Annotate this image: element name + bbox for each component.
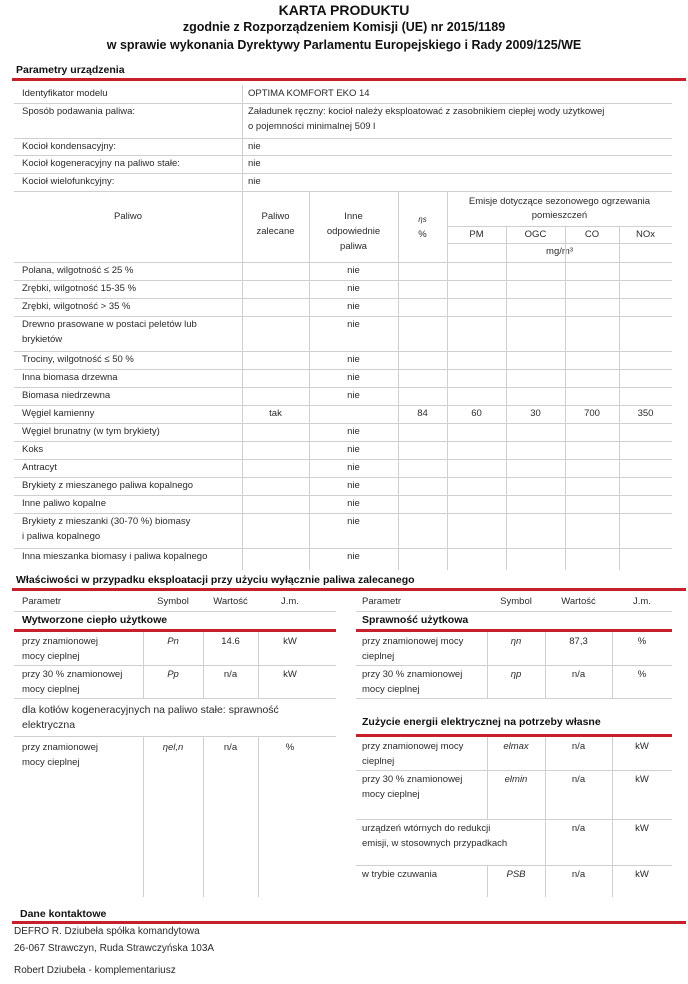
fuel-name-line2: brykietów — [22, 333, 62, 347]
fuel-name-line2: i paliwa kopalnego — [22, 530, 100, 544]
grid-line — [14, 351, 672, 352]
grid-line — [258, 737, 259, 897]
fuel-other: nie — [309, 443, 398, 457]
grid-line — [143, 632, 144, 698]
document-subtitle-regulation: zgodnie z Rozporządzeniem Komisji (UE) n… — [0, 20, 688, 34]
grid-line — [545, 737, 546, 897]
grid-line — [14, 405, 672, 406]
col-header-eta: ηs — [398, 213, 447, 227]
fuel-other: nie — [309, 282, 398, 296]
property-value: 87,3 — [545, 635, 612, 649]
col-header-fuel: Paliwo — [14, 210, 242, 224]
fuel-name: Węgiel kamienny — [22, 407, 94, 421]
property-symbol: elmin — [487, 773, 545, 787]
property-unit: kW — [258, 668, 322, 682]
grid-line — [619, 243, 620, 570]
section-title-contact: Dane kontaktowe — [20, 908, 106, 920]
param-label: Kocioł kondensacyjny: — [22, 140, 116, 154]
grid-line — [14, 441, 672, 442]
grid-line — [14, 477, 672, 478]
col-header-other: paliwa — [309, 240, 398, 254]
param-value-line2: o pojemności minimalnej 509 l — [248, 120, 375, 134]
col-header-param: Parametr — [362, 595, 401, 609]
grid-line — [14, 280, 672, 281]
col-header-value: Wartość — [203, 595, 258, 609]
grid-line — [447, 226, 672, 227]
fuel-name: Brykiety z mieszanego paliwa kopalnego — [22, 479, 193, 493]
property-param: przy znamionowej — [22, 635, 98, 649]
property-symbol: PSB — [487, 868, 545, 882]
property-param: urządzeń wtórnych do redukcji — [362, 822, 490, 836]
col-header-preferred: zalecane — [242, 225, 309, 239]
property-param-line2: mocy cieplnej — [22, 650, 80, 664]
grid-line — [242, 191, 243, 570]
property-unit: kW — [612, 822, 672, 836]
property-param: przy 30 % znamionowej — [22, 668, 122, 682]
fuel-preferred: tak — [242, 407, 309, 421]
subsection-title-electricity: Zużycie energii elektrycznej na potrzeby… — [362, 716, 601, 728]
fuel-other: nie — [309, 479, 398, 493]
fuel-other: nie — [309, 353, 398, 367]
grid-line — [14, 513, 672, 514]
property-unit: kW — [612, 773, 672, 787]
property-param-line2: mocy cieplnej — [362, 788, 420, 802]
fuel-other: nie — [309, 550, 398, 564]
property-unit: kW — [258, 635, 322, 649]
col-header-other: odpowiednie — [309, 225, 398, 239]
fuel-ogc: 30 — [506, 407, 565, 421]
fuel-other: nie — [309, 318, 398, 332]
property-param-line2: mocy cieplnej — [362, 683, 420, 697]
col-header-symbol: Symbol — [487, 595, 545, 609]
grid-line — [356, 819, 672, 820]
grid-line — [14, 298, 672, 299]
param-label: Sposób podawania paliwa: — [22, 105, 135, 119]
grid-line — [258, 632, 259, 698]
param-label: Kocioł kogeneracyjny na paliwo stałe: — [22, 157, 180, 171]
property-symbol: elmax — [487, 740, 545, 754]
contact-representative: Robert Dziubeła - komplementariusz — [14, 964, 176, 978]
fuel-pm: 60 — [447, 407, 506, 421]
fuel-name: Biomasa niedrzewna — [22, 389, 110, 403]
grid-line — [487, 632, 488, 698]
fuel-other: nie — [309, 264, 398, 278]
property-param-line2: cieplnej — [362, 755, 394, 769]
property-value: n/a — [545, 773, 612, 787]
grid-line — [14, 155, 672, 156]
property-unit: % — [612, 668, 672, 682]
fuel-other: nie — [309, 300, 398, 314]
property-value: n/a — [545, 822, 612, 836]
document-subtitle-directive: w sprawie wykonania Dyrektywy Parlamentu… — [0, 38, 688, 52]
grid-line — [14, 611, 336, 612]
fuel-other: nie — [309, 425, 398, 439]
subsection-divider — [356, 629, 672, 632]
property-symbol: Pn — [143, 635, 203, 649]
fuel-other: nie — [309, 371, 398, 385]
fuel-co: 700 — [565, 407, 619, 421]
fuel-name: Węgiel brunatny (w tym brykiety) — [22, 425, 160, 439]
fuel-nox: 350 — [619, 407, 672, 421]
fuel-name: Zrębki, wilgotność 15-35 % — [22, 282, 136, 296]
col-header-preferred: Paliwo — [242, 210, 309, 224]
fuel-name: Koks — [22, 443, 43, 457]
fuel-name: Inna mieszanka biomasy i paliwa kopalneg… — [22, 550, 207, 564]
grid-line — [14, 316, 672, 317]
param-label: Kocioł wielofunkcyjny: — [22, 175, 114, 189]
property-value: n/a — [203, 741, 258, 755]
grid-line — [14, 173, 672, 174]
grid-line — [203, 737, 204, 897]
grid-line — [619, 226, 620, 243]
grid-line — [506, 243, 507, 570]
col-header-unit: J.m. — [258, 595, 322, 609]
col-header-unit: J.m. — [612, 595, 672, 609]
property-value: n/a — [203, 668, 258, 682]
property-unit: % — [612, 635, 672, 649]
property-symbol: ηn — [487, 635, 545, 649]
grid-line — [14, 191, 672, 192]
grid-line — [565, 226, 566, 243]
grid-line — [447, 191, 448, 570]
param-value: Załadunek ręczny: kocioł należy eksploat… — [248, 105, 604, 119]
param-value: nie — [248, 157, 261, 171]
col-header-unit: mg/m³ — [447, 245, 672, 259]
col-header-pm: PM — [447, 228, 506, 242]
fuel-name: Zrębki, wilgotność > 35 % — [22, 300, 131, 314]
property-unit: kW — [612, 868, 672, 882]
section-divider — [12, 921, 686, 924]
property-param: w trybie czuwania — [362, 868, 437, 882]
param-value: OPTIMA KOMFORT EKO 14 — [248, 87, 370, 101]
fuel-other: nie — [309, 389, 398, 403]
param-value: nie — [248, 140, 261, 154]
grid-line — [487, 865, 488, 897]
grid-line — [14, 423, 672, 424]
subsection-divider — [14, 629, 336, 632]
section-title-properties: Właściwości w przypadku eksploatacji prz… — [16, 574, 415, 586]
property-value: n/a — [545, 740, 612, 754]
document-title: KARTA PRODUKTU — [0, 2, 688, 18]
property-value: n/a — [545, 868, 612, 882]
col-header-ogc: OGC — [506, 228, 565, 242]
col-header-eta-unit: % — [398, 228, 447, 242]
section-divider — [12, 588, 686, 591]
property-param: przy 30 % znamionowej — [362, 668, 462, 682]
fuel-eta: 84 — [398, 407, 447, 421]
grid-line — [545, 632, 546, 698]
property-param-line2: mocy cieplnej — [22, 683, 80, 697]
fuel-name: Brykiety z mieszanki (30-70 %) biomasy — [22, 515, 190, 529]
fuel-other: nie — [309, 515, 398, 529]
grid-line — [143, 737, 144, 897]
contact-company: DEFRO R. Dziubeła spółka komandytowa — [14, 925, 200, 939]
grid-line — [203, 632, 204, 698]
property-value: 14.6 — [203, 635, 258, 649]
property-param-line2: cieplnej — [362, 650, 394, 664]
property-param-line2: emisji, w stosownych przypadkach — [362, 837, 507, 851]
property-param: przy znamionowej — [22, 741, 98, 755]
grid-line — [356, 611, 672, 612]
grid-line — [356, 770, 672, 771]
section-divider — [12, 78, 686, 81]
param-value: nie — [248, 175, 261, 189]
grid-line — [14, 262, 672, 263]
property-param: przy znamionowej mocy — [362, 635, 463, 649]
subsection-title-efficiency: Sprawność użytkowa — [362, 614, 468, 626]
grid-line — [14, 548, 672, 549]
grid-line — [506, 226, 507, 243]
grid-line — [14, 387, 672, 388]
fuel-name: Antracyt — [22, 461, 57, 475]
col-header-value: Wartość — [545, 595, 612, 609]
grid-line — [14, 138, 672, 139]
cogeneration-title-line2: elektryczna — [22, 718, 75, 732]
col-header-other: Inne — [309, 210, 398, 224]
col-header-co: CO — [565, 228, 619, 242]
grid-line — [309, 191, 310, 570]
property-unit: kW — [612, 740, 672, 754]
param-label: Identyfikator modelu — [22, 87, 108, 101]
subsection-divider — [356, 734, 672, 737]
property-param: przy 30 % znamionowej — [362, 773, 462, 787]
subsection-title-heat-output: Wytworzone ciepło użytkowe — [22, 614, 167, 626]
property-param-line2: mocy cieplnej — [22, 756, 80, 770]
col-header-param: Parametr — [22, 595, 61, 609]
property-param: przy znamionowej mocy — [362, 740, 463, 754]
grid-line — [14, 369, 672, 370]
fuel-name: Drewno prasowane w postaci peletów lub — [22, 318, 197, 332]
grid-line — [447, 243, 672, 244]
grid-line — [14, 736, 336, 737]
col-header-emissions: pomieszczeń — [447, 209, 672, 223]
grid-line — [242, 85, 243, 191]
grid-line — [565, 243, 566, 570]
col-header-emissions: Emisje dotyczące sezonowego ogrzewania — [447, 195, 672, 209]
col-header-nox: NOx — [619, 228, 672, 242]
grid-line — [612, 632, 613, 698]
grid-line — [398, 191, 399, 570]
col-header-symbol: Symbol — [143, 595, 203, 609]
contact-address: 26-067 Strawczyn, Ruda Strawczyńska 103A — [14, 942, 214, 956]
property-symbol: Pp — [143, 668, 203, 682]
grid-line — [14, 103, 672, 104]
grid-line — [356, 865, 672, 866]
fuel-name: Inna biomasa drzewna — [22, 371, 118, 385]
grid-line — [14, 665, 336, 666]
fuel-name: Inne paliwo kopalne — [22, 497, 106, 511]
grid-line — [14, 698, 336, 699]
fuel-name: Polana, wilgotność ≤ 25 % — [22, 264, 133, 278]
property-symbol: ηel,n — [143, 741, 203, 755]
section-title-device-params: Parametry urządzenia — [16, 64, 125, 76]
property-value: n/a — [545, 668, 612, 682]
property-symbol: ηp — [487, 668, 545, 682]
fuel-other: nie — [309, 461, 398, 475]
grid-line — [14, 495, 672, 496]
grid-line — [356, 665, 672, 666]
grid-line — [487, 737, 488, 819]
fuel-other: nie — [309, 497, 398, 511]
grid-line — [14, 459, 672, 460]
fuel-name: Trociny, wilgotność ≤ 50 % — [22, 353, 134, 367]
grid-line — [356, 698, 672, 699]
grid-line — [612, 737, 613, 897]
cogeneration-title: dla kotłów kogeneracyjnych na paliwo sta… — [22, 703, 279, 717]
property-unit: % — [258, 741, 322, 755]
